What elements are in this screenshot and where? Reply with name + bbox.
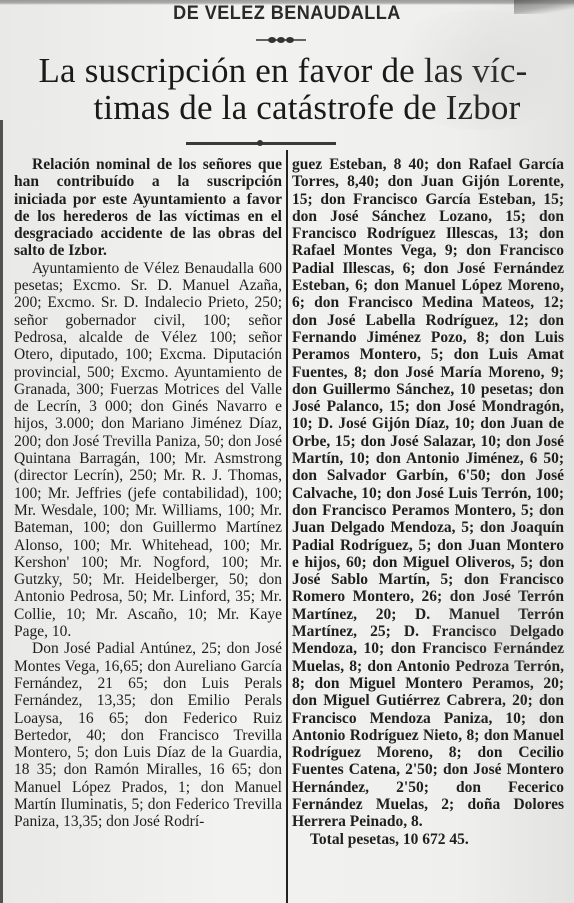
section-heading: DE VELEZ BENAUDALLA [14,3,559,25]
column-divider [286,150,288,903]
contributors-continuation: guez Esteban, 8 40; don Rafael García To… [292,156,564,831]
contributors-paragraph-2: Don José Padial Antúnez, 25; don José Mo… [14,640,282,830]
newspaper-page: DE VELEZ BENAUDALLA La suscripción en fa… [0,0,574,903]
intro-paragraph: Relación nominal de los señores que han … [14,156,282,260]
left-column: Relación nominal de los señores que han … [14,156,282,831]
headline-line-2: timas de la catástrofe de Izbor [40,89,574,126]
headline-divider-rule [186,142,336,145]
headline-line-1: La suscripción en favor de las víc- [0,52,574,89]
right-column: guez Esteban, 8 40; don Rafael García To… [292,156,564,848]
left-column-border [0,120,3,903]
article-headline: La suscripción en favor de las víc- tima… [0,52,574,126]
total-amount: Total pesetas, 10 672 45. [292,831,564,848]
contributors-paragraph-1: Ayuntamiento de Vélez Benaudalla 600 pes… [14,260,282,641]
dash-ornament-icon [256,36,306,44]
